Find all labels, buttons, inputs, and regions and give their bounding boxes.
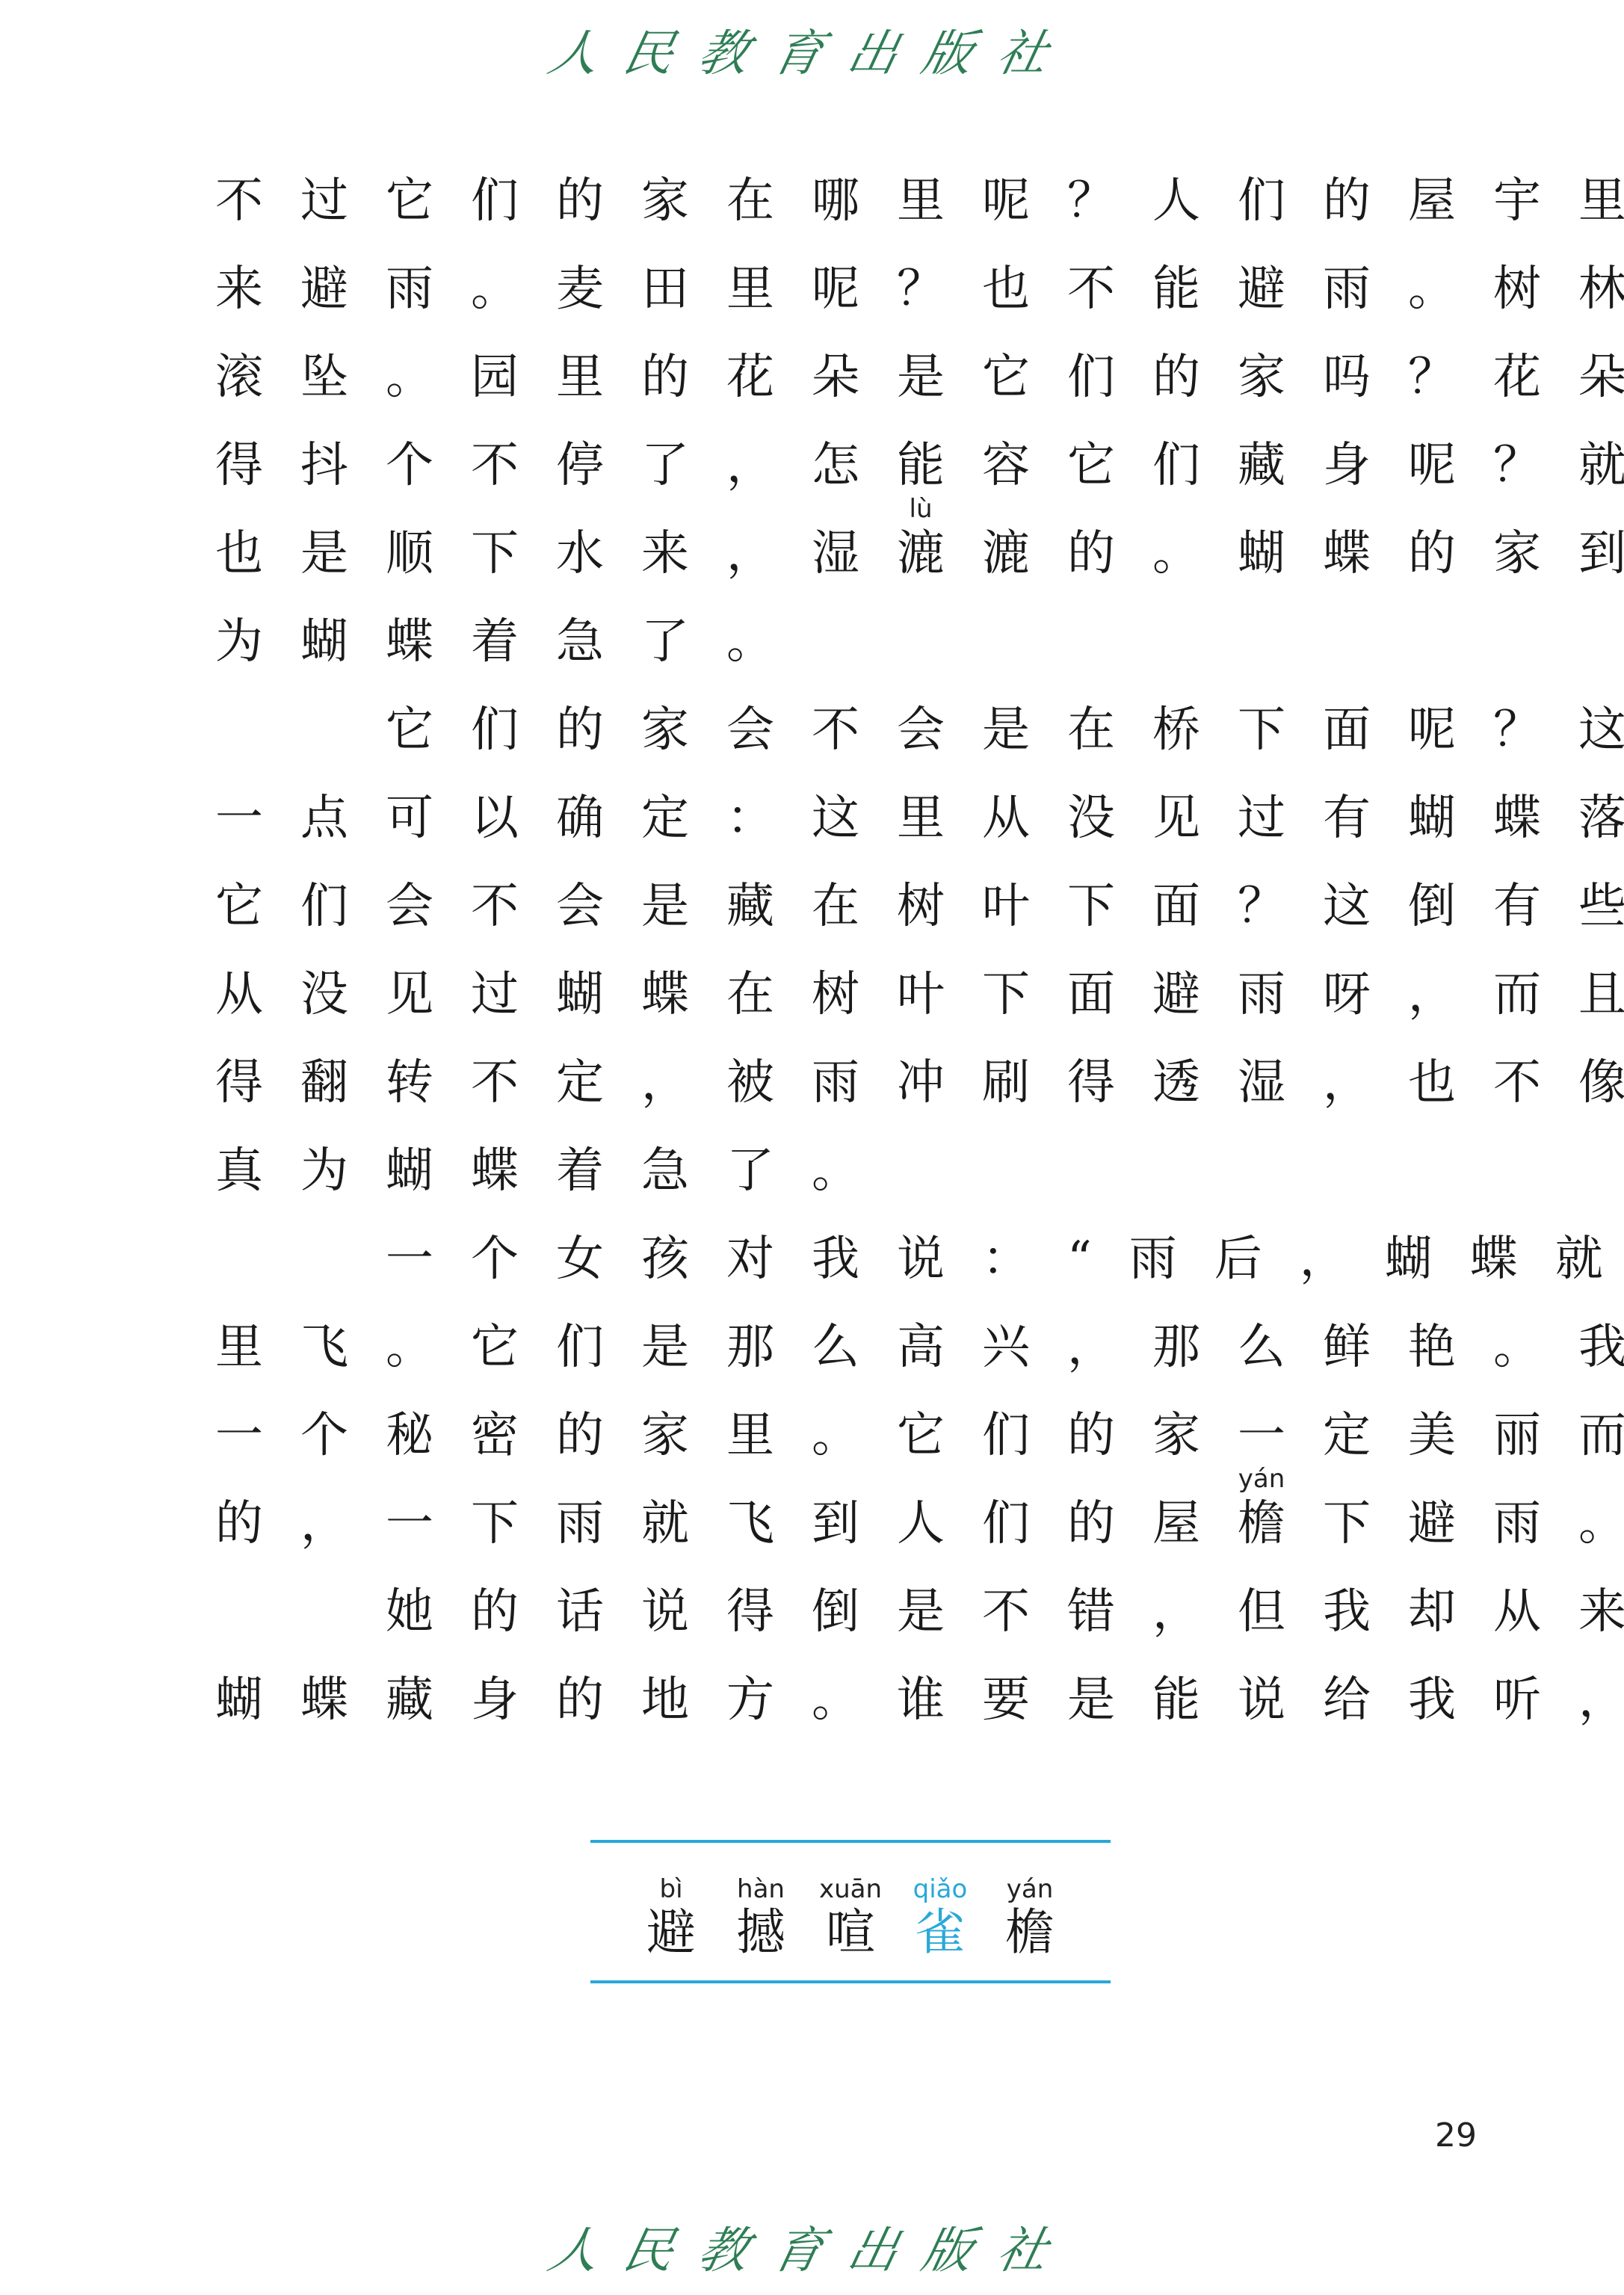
text-line: 里飞。它们是那么高兴，那么鲜艳。我想，它们一定是藏在 bbox=[215, 1303, 1493, 1391]
text-line: 它们的家会不会是在桥下面呢？这也未可知，但是有 bbox=[215, 686, 1493, 774]
vocab-item-xuan: xuān 喧 bbox=[821, 1874, 880, 1961]
text-line: 也是顺下水来，湿lù漉漉的。蝴蝶的家到底在哪里呢？我真 bbox=[215, 510, 1493, 598]
paragraph-4: 她的话说得倒是不错，但我却从来没有见到过下雨时 蝴蝶藏身的地方。谁要是能说给我听… bbox=[215, 1568, 1493, 1744]
vocab-pinyin: qiǎo bbox=[913, 1874, 968, 1904]
vocab-pinyin: bì bbox=[659, 1874, 682, 1904]
annotated-char: lù漉 bbox=[897, 510, 982, 598]
vocab-character: 撼 bbox=[736, 1904, 785, 1961]
vocab-character: 檐 bbox=[1005, 1904, 1055, 1961]
pinyin-annotation: lù bbox=[910, 496, 933, 522]
text-line: 滚坠。园里的花朵是它们的家吗？花朵自己已经被雨点打 bbox=[215, 333, 1493, 421]
text-span: 一个秘密的家里。它们的家一定美丽而香甜，不像家 bbox=[215, 1408, 1624, 1463]
text-line: 一个女孩对我说：“雨后，蝴蝶就会重新出来，在阳光 bbox=[215, 1215, 1493, 1303]
text-span: 的，一下雨就飞到人们的屋 bbox=[215, 1496, 1238, 1551]
paragraph-3: 一个女孩对我说：“雨后，蝴蝶就会重新出来，在阳光 里飞。它们是那么高兴，那么鲜艳… bbox=[215, 1215, 1493, 1568]
vocab-item-han: hàn 撼 bbox=[731, 1874, 791, 1961]
text-line: 从没见过蝴蝶在树叶下面避雨呀，而且树叶也经常被风吹 bbox=[215, 951, 1493, 1039]
text-line: 得翻转不定，被雨冲刷得透湿，也不像是蝴蝶的家呀！我 bbox=[215, 1039, 1493, 1127]
text-span: 下避雨。一定是这样的。” bbox=[1323, 1496, 1624, 1551]
text-line: 真为蝴蝶着急了。 bbox=[215, 1127, 1493, 1215]
annotated-char: yán檐 bbox=[1238, 1480, 1323, 1568]
paragraph-1: 不过它们的家在哪里呢？人们的屋宇里从没有见过有蝴蝶 来避雨。麦田里呢？也不能避雨… bbox=[215, 157, 1493, 686]
vocab-item-bi: bì 避 bbox=[641, 1874, 701, 1961]
article-body: 不过它们的家在哪里呢？人们的屋宇里从没有见过有蝴蝶 来避雨。麦田里呢？也不能避雨… bbox=[215, 157, 1493, 1744]
text-line: 一点可以确定：这里从没见过有蝴蝶落到石头上的呀！那 bbox=[215, 774, 1493, 862]
text-line: 蝴蝶藏身的地方。谁要是能说给我听，我就不着急了。 bbox=[215, 1656, 1493, 1744]
text-span: 漉的。蝴蝶的家到底在哪里呢？我真 bbox=[982, 526, 1624, 581]
text-line: 不过它们的家在哪里呢？人们的屋宇里从没有见过有蝴蝶 bbox=[215, 157, 1493, 245]
vocab-pinyin: xuān bbox=[819, 1874, 882, 1904]
text-line: 得抖个不停了，怎能容它们藏身呢？就连老树干的底面， bbox=[215, 421, 1493, 510]
new-characters-box: bì 避 hàn 撼 xuān 喧 qiǎo 雀 yán 檐 bbox=[590, 1840, 1111, 1983]
vocab-character: 喧 bbox=[826, 1904, 875, 1961]
vocab-item-qiao-highlighted: qiǎo 雀 bbox=[910, 1874, 970, 1961]
vocab-character: 避 bbox=[646, 1904, 696, 1961]
text-line: 一个秘密的家里。它们的家一定美丽而香甜，不像家qiǎo雀儿似 bbox=[215, 1391, 1493, 1480]
text-line: 的，一下雨就飞到人们的屋yán檐下避雨。一定是这样的。” bbox=[215, 1480, 1493, 1568]
vocab-pinyin: yán bbox=[1007, 1874, 1054, 1904]
annotated-char-text: 檐 bbox=[1238, 1496, 1323, 1551]
vocab-character: 雀 bbox=[916, 1904, 965, 1961]
new-characters-list: bì 避 hàn 撼 xuān 喧 qiǎo 雀 yán 檐 bbox=[590, 1843, 1111, 1961]
publisher-logo-footer: 人民教育出版社 bbox=[0, 2211, 1624, 2282]
vocab-item-yan: yán 檐 bbox=[1000, 1874, 1060, 1961]
vocab-pinyin: hàn bbox=[737, 1874, 785, 1904]
text-line: 为蝴蝶着急了。 bbox=[215, 598, 1493, 686]
pinyin-annotation: yán bbox=[1238, 1466, 1285, 1492]
paragraph-2: 它们的家会不会是在桥下面呢？这也未可知，但是有 一点可以确定：这里从没见过有蝴蝶… bbox=[215, 686, 1493, 1215]
publisher-logo-header: 人民教育出版社 bbox=[0, 13, 1624, 84]
page-number: 29 bbox=[1435, 2116, 1477, 2155]
text-span: 也是顺下水来，湿 bbox=[215, 526, 897, 581]
text-line: 它们会不会是藏在树叶下面？这倒有些说得过去，但我也 bbox=[215, 862, 1493, 951]
text-line: 她的话说得倒是不错，但我却从来没有见到过下雨时 bbox=[215, 1568, 1493, 1656]
text-line: 来避雨。麦田里呢？也不能避雨。树林里呢？到处是水珠 bbox=[215, 245, 1493, 333]
annotated-char-text: 漉 bbox=[897, 526, 982, 581]
